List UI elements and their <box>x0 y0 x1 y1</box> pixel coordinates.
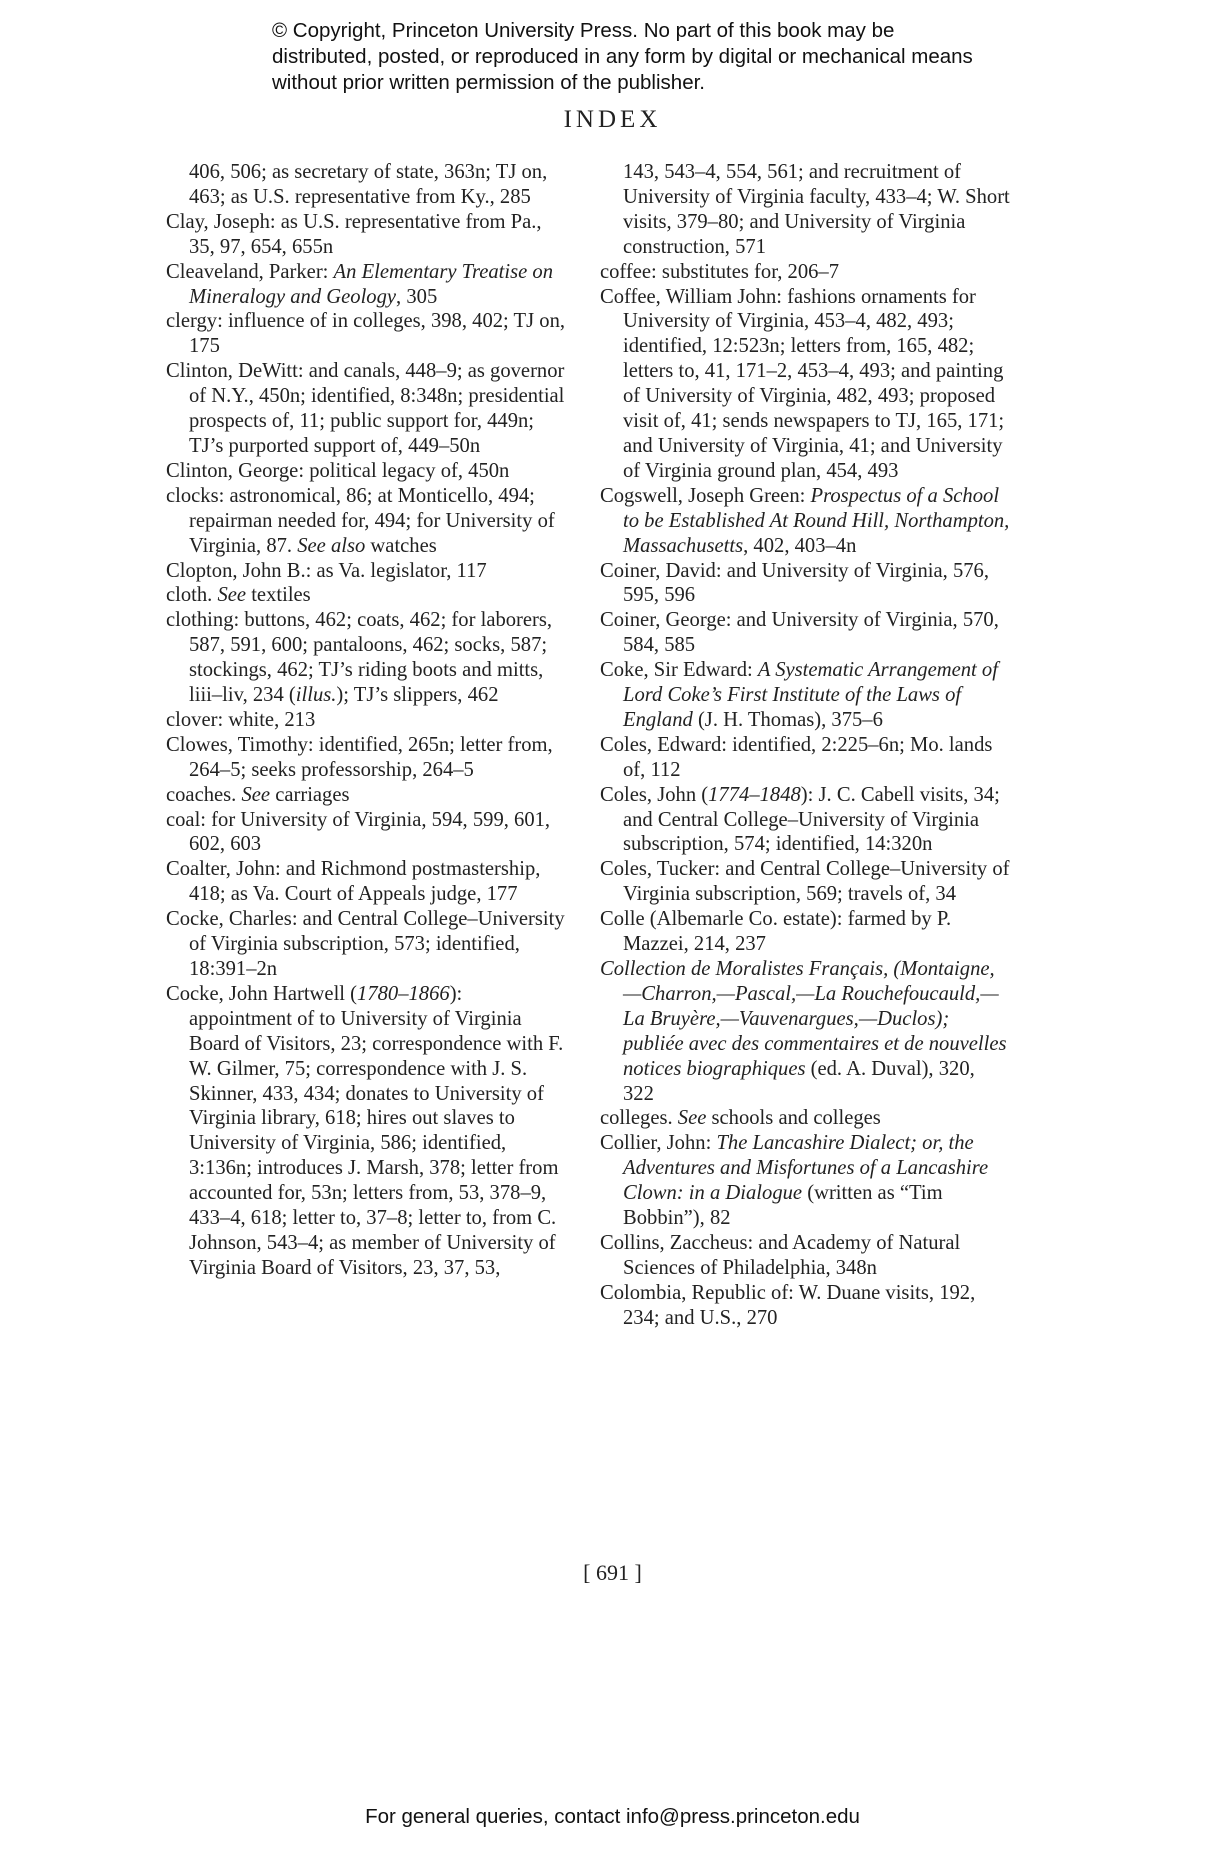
index-entry: Collection de Moralistes Français, (Mont… <box>600 957 1010 1106</box>
index-entry-text: Colombia, Republic of: W. Duane visits, … <box>600 1282 975 1329</box>
index-entry-text: Coke, Sir Edward: <box>600 659 758 681</box>
index-entry-text: Coiner, George: and University of Virgin… <box>600 609 999 656</box>
index-entry-text: Clinton, George: political legacy of, 45… <box>166 460 509 482</box>
index-entry: Clinton, DeWitt: and canals, 448–9; as g… <box>166 359 566 459</box>
index-entry: Collier, John: The Lancashire Dialect; o… <box>600 1131 1010 1231</box>
index-entry: Cleaveland, Parker: An Elementary Treati… <box>166 260 566 310</box>
index-entry-italic-text: See <box>217 584 246 606</box>
index-entry: clothing: buttons, 462; coats, 462; for … <box>166 608 566 708</box>
index-entry-text: Cogswell, Joseph Green: <box>600 485 810 507</box>
index-entry-text: Clopton, John B.: as Va. legislator, 117 <box>166 560 487 582</box>
index-entry: clergy: influence of in colleges, 398, 4… <box>166 309 566 359</box>
index-entry: Clopton, John B.: as Va. legislator, 117 <box>166 559 566 584</box>
index-entry-italic-text: illus. <box>296 684 337 706</box>
index-column-left: 406, 506; as secretary of state, 363n; T… <box>166 160 566 1281</box>
index-entry: Coles, Tucker: and Central College–Unive… <box>600 857 1010 907</box>
index-entry-text: Cocke, Charles: and Central College–Univ… <box>166 908 565 980</box>
index-entry-text: ); TJ’s slippers, 462 <box>336 684 498 706</box>
index-entry-text: Coles, Edward: identified, 2:225–6n; Mo.… <box>600 734 992 781</box>
index-entry: Coles, Edward: identified, 2:225–6n; Mo.… <box>600 733 1010 783</box>
page-number: [ 691 ] <box>0 1560 1225 1586</box>
index-entry: Colle (Albemarle Co. estate): farmed by … <box>600 907 1010 957</box>
index-entry-text: ): appointment of to University of Virgi… <box>189 983 563 1279</box>
index-entry-text: cloth. <box>166 584 217 606</box>
index-entry: Clinton, George: political legacy of, 45… <box>166 459 566 484</box>
index-entry: coffee: substitutes for, 206–7 <box>600 260 1010 285</box>
copyright-notice: © Copyright, Princeton University Press.… <box>272 18 992 96</box>
section-title: INDEX <box>0 106 1225 134</box>
index-entry-italic-text: See <box>241 784 270 806</box>
index-entry-italic-text: 1774–1848 <box>708 784 801 806</box>
index-entry: Colombia, Republic of: W. Duane visits, … <box>600 1281 1010 1331</box>
index-entry-text: Coiner, David: and University of Virgini… <box>600 560 989 607</box>
index-entry: Clowes, Timothy: identified, 265n; lette… <box>166 733 566 783</box>
index-entry-text: 143, 543–4, 554, 561; and recruitment of… <box>623 161 1010 258</box>
index-entry-text: Cocke, John Hartwell ( <box>166 983 357 1005</box>
index-entry-text: clover: white, 213 <box>166 709 315 731</box>
index-entry-text: watches <box>365 535 436 557</box>
index-entry: Cocke, Charles: and Central College–Univ… <box>166 907 566 982</box>
index-entry: Coke, Sir Edward: A Systematic Arrangeme… <box>600 658 1010 733</box>
index-entry-text: Clowes, Timothy: identified, 265n; lette… <box>166 734 553 781</box>
index-entry-text: Clay, Joseph: as U.S. representative fro… <box>166 211 542 258</box>
index-entry-text: colleges. <box>600 1107 678 1129</box>
footer-contact: For general queries, contact info@press.… <box>0 1805 1225 1829</box>
index-entry-italic-text: See also <box>297 535 365 557</box>
index-entry-italic-text: 1780–1866 <box>357 983 450 1005</box>
index-entry: Coles, John (1774–1848): J. C. Cabell vi… <box>600 783 1010 858</box>
index-entry-text: schools and colleges <box>706 1107 880 1129</box>
index-entry-text: coaches. <box>166 784 241 806</box>
index-entry: Cocke, John Hartwell (1780–1866): appoin… <box>166 982 566 1281</box>
index-entry: coaches. See carriages <box>166 783 566 808</box>
index-entry-text: Collins, Zaccheus: and Academy of Natura… <box>600 1232 960 1279</box>
index-entry-text: Coles, Tucker: and Central College–Unive… <box>600 858 1010 905</box>
index-entry-text: Coffee, William John: fashions ornaments… <box>600 286 1004 482</box>
index-entry: coal: for University of Virginia, 594, 5… <box>166 808 566 858</box>
index-entry: Coffee, William John: fashions ornaments… <box>600 285 1010 484</box>
index-entry: 143, 543–4, 554, 561; and recruitment of… <box>600 160 1010 260</box>
index-entry: Collins, Zaccheus: and Academy of Natura… <box>600 1231 1010 1281</box>
index-entry: cloth. See textiles <box>166 583 566 608</box>
index-entry: clover: white, 213 <box>166 708 566 733</box>
index-entry-text: Coalter, John: and Richmond postmastersh… <box>166 858 540 905</box>
index-entry: colleges. See schools and colleges <box>600 1106 1010 1131</box>
index-entry: Clay, Joseph: as U.S. representative fro… <box>166 210 566 260</box>
index-entry-text: Cleaveland, Parker: <box>166 261 334 283</box>
index-entry-text: textiles <box>246 584 311 606</box>
index-entry-text: , 305 <box>396 286 437 308</box>
index-entry-text: coffee: substitutes for, 206–7 <box>600 261 839 283</box>
index-entry-text: Collier, John: <box>600 1132 716 1154</box>
index-entry-text: Colle (Albemarle Co. estate): farmed by … <box>600 908 951 955</box>
index-entry-text: , 402, 403–4n <box>743 535 856 557</box>
index-entry-text: Coles, John ( <box>600 784 708 806</box>
index-entry-text: carriages <box>270 784 349 806</box>
index-entry: Cogswell, Joseph Green: Prospectus of a … <box>600 484 1010 559</box>
index-entry-text: 406, 506; as secretary of state, 363n; T… <box>189 161 547 208</box>
index-entry: clocks: astronomical, 86; at Monticello,… <box>166 484 566 559</box>
index-entry: Coalter, John: and Richmond postmastersh… <box>166 857 566 907</box>
index-entry-text: coal: for University of Virginia, 594, 5… <box>166 809 550 856</box>
index-entry-text: (J. H. Thomas), 375–6 <box>693 709 883 731</box>
index-entry-italic-text: See <box>678 1107 707 1129</box>
index-entry-text: clergy: influence of in colleges, 398, 4… <box>166 310 565 357</box>
index-column-right: 143, 543–4, 554, 561; and recruitment of… <box>600 160 1010 1331</box>
index-entry: Coiner, David: and University of Virgini… <box>600 559 1010 609</box>
index-entry: 406, 506; as secretary of state, 363n; T… <box>166 160 566 210</box>
index-entry: Coiner, George: and University of Virgin… <box>600 608 1010 658</box>
index-entry-text: Clinton, DeWitt: and canals, 448–9; as g… <box>166 360 564 457</box>
